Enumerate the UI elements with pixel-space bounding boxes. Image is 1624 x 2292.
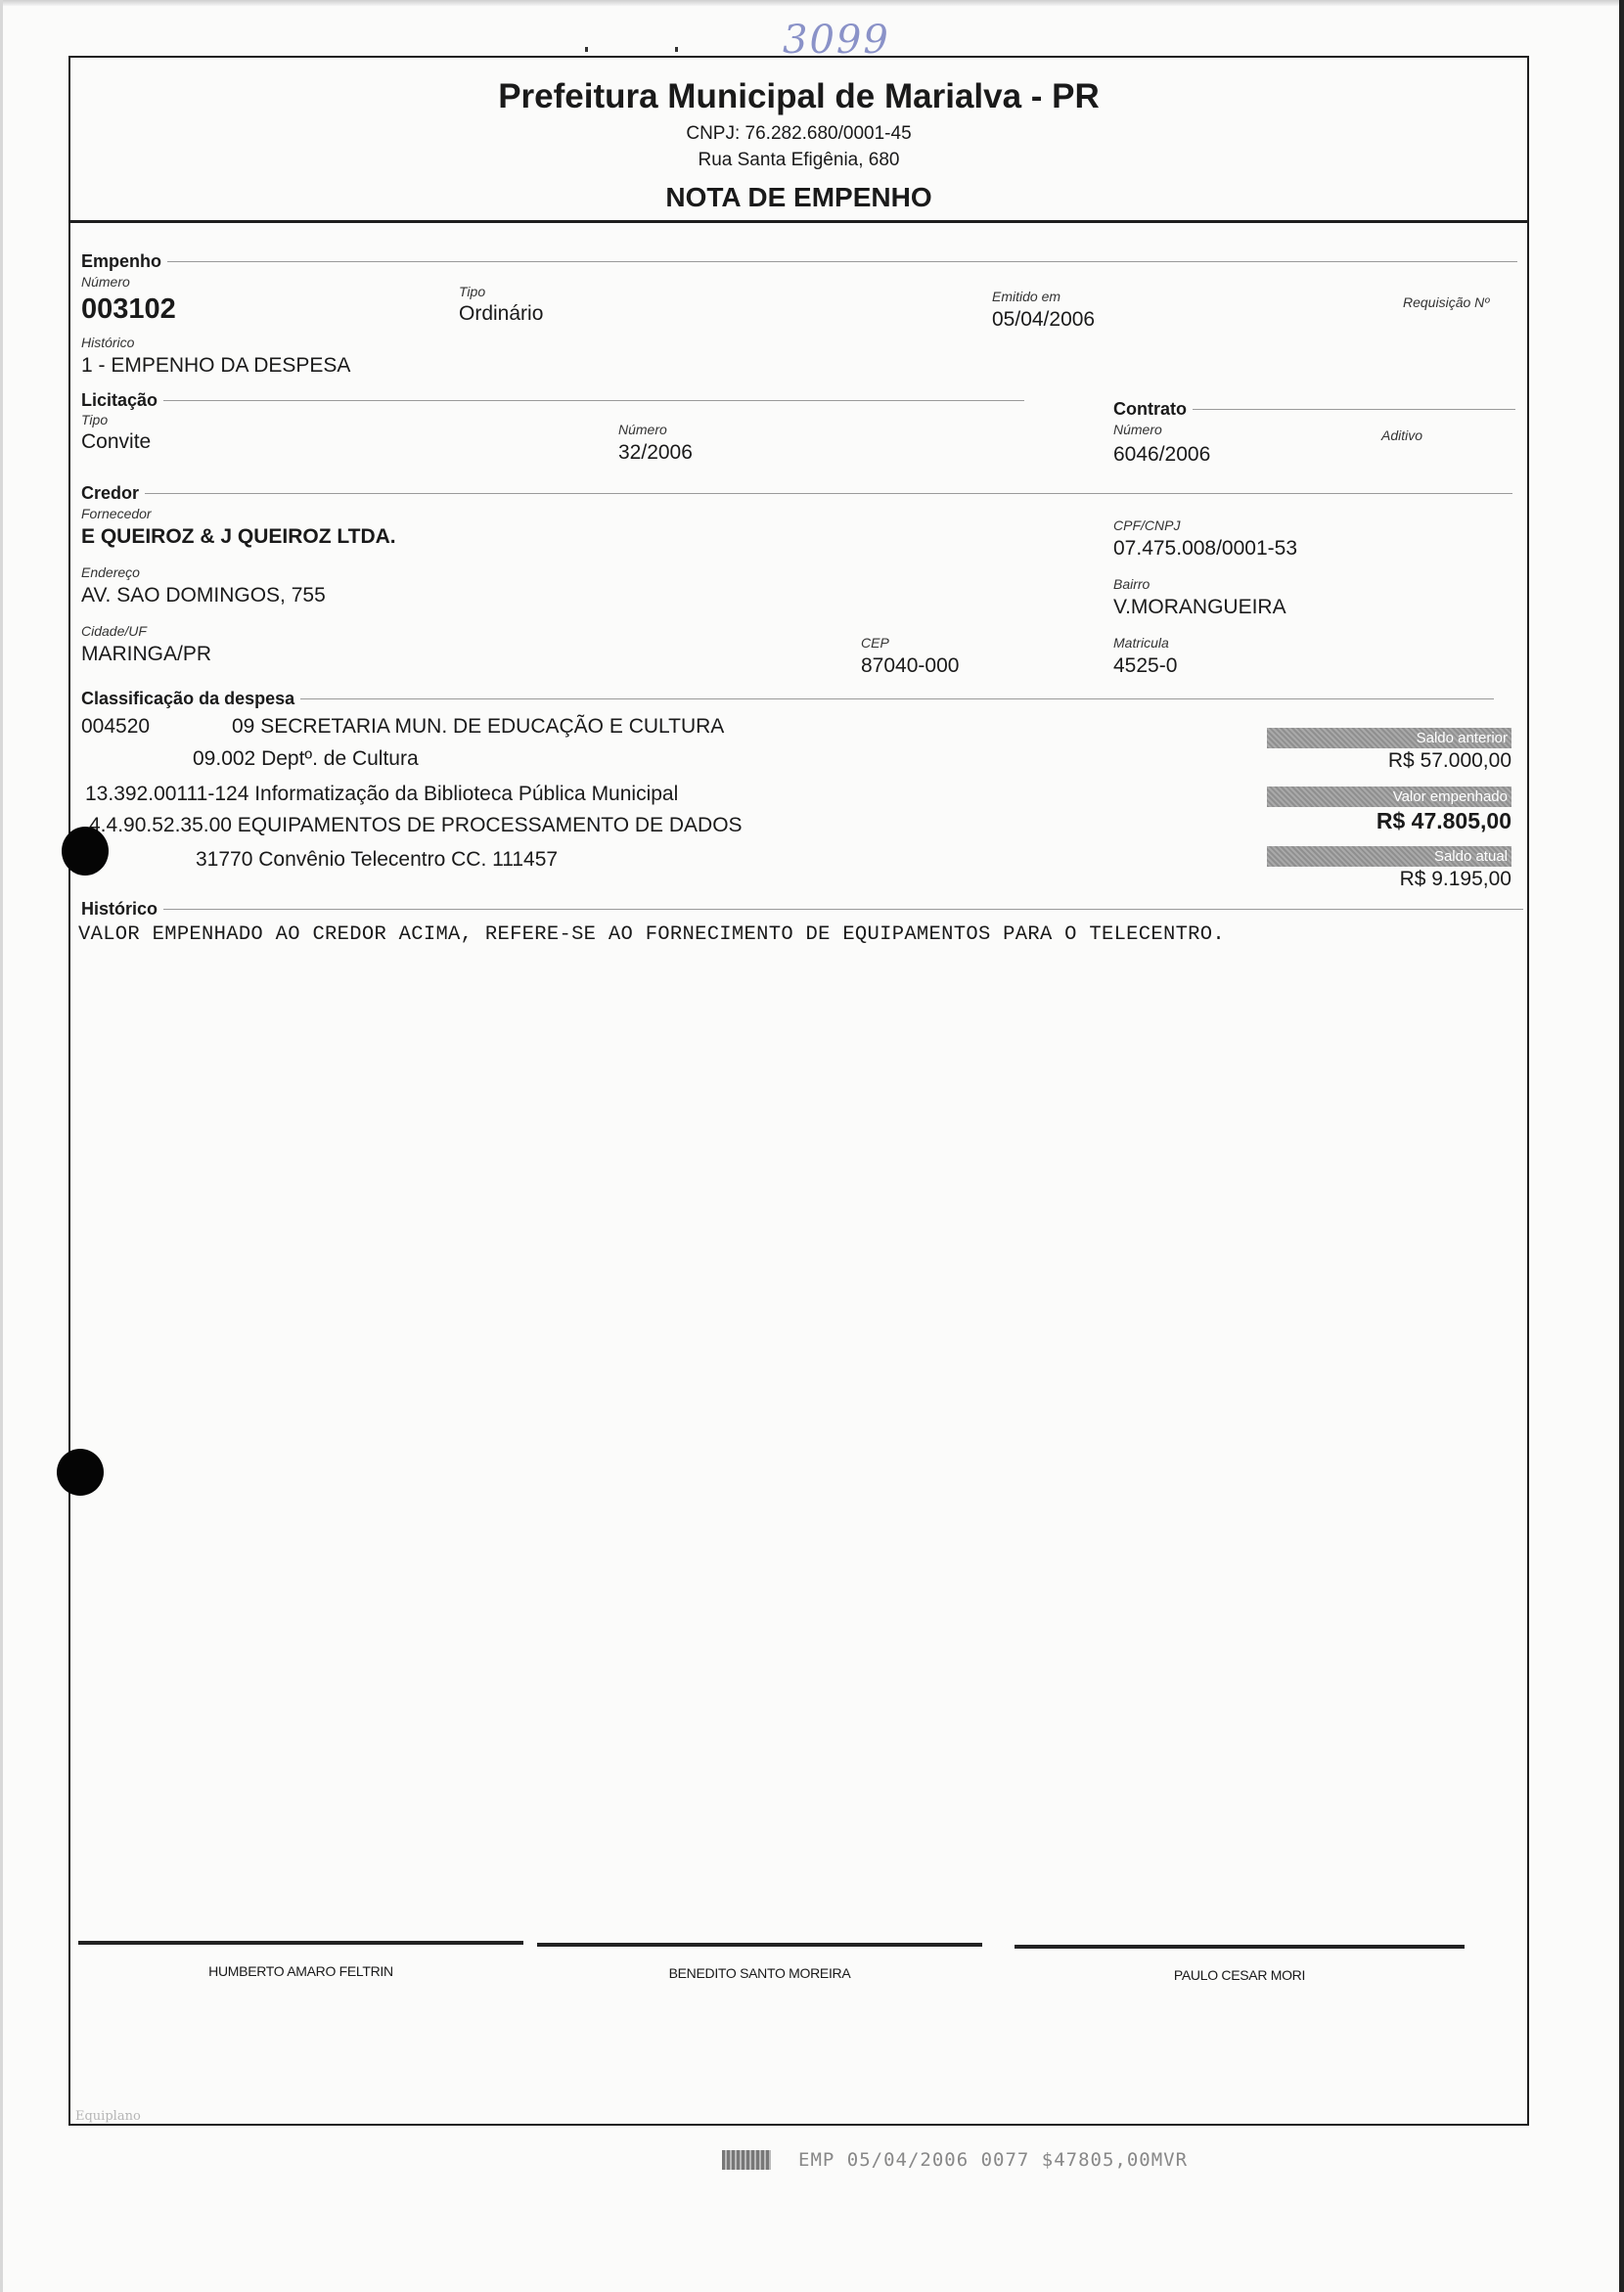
historico-text: VALOR EMPENHADO AO CREDOR ACIMA, REFERE-…: [78, 923, 1225, 946]
cidade-label: Cidade/UF: [81, 623, 147, 639]
fornecedor-label: Fornecedor: [81, 506, 152, 521]
empenho-tipo: Ordinário: [459, 302, 543, 326]
empenho-numero-label: Número: [81, 274, 130, 290]
section-historico: Histórico: [81, 899, 1523, 920]
section-title: Histórico: [81, 899, 158, 920]
endereco: AV. SAO DOMINGOS, 755: [81, 584, 326, 607]
signatory-name: HUMBERTO AMARO FELTRIN: [78, 1963, 523, 1979]
licitacao-numero: 32/2006: [618, 441, 693, 465]
valor-empenhado-label: Valor empenhado: [1267, 786, 1511, 807]
section-title: Licitação: [81, 390, 158, 411]
scan-mark: [675, 47, 678, 52]
scan-edge-right: [1619, 0, 1624, 2292]
section-rule: [163, 909, 1523, 910]
classificacao-unidade: 09.002 Deptº. de Cultura: [193, 747, 419, 771]
section-rule: [167, 261, 1517, 262]
saldo-anterior: R$ 57.000,00: [1267, 749, 1511, 773]
licitacao-tipo-label: Tipo: [81, 412, 108, 427]
section-rule: [163, 400, 1024, 401]
section-rule: [145, 493, 1512, 494]
signature-line: [78, 1941, 523, 1945]
valor-empenhado: R$ 47.805,00: [1267, 808, 1511, 834]
section-licitacao: Licitação: [81, 390, 1024, 411]
matricula: 4525-0: [1113, 654, 1177, 678]
contrato-numero-label: Número: [1113, 422, 1162, 437]
section-title: Credor: [81, 483, 139, 504]
requisicao-label: Requisição Nº: [1403, 294, 1489, 310]
classificacao-elemento: 4.4.90.52.35.00 EQUIPAMENTOS DE PROCESSA…: [89, 814, 743, 837]
classificacao-projeto: 13.392.00111-124 Informatização da Bibli…: [85, 783, 678, 806]
section-classificacao: Classificação da despesa: [81, 689, 1494, 709]
empenho-historico-label: Histórico: [81, 335, 134, 350]
empenho-numero: 003102: [81, 293, 176, 326]
document-frame: Prefeitura Municipal de Marialva - PR CN…: [68, 56, 1529, 2126]
section-contrato: Contrato: [1113, 399, 1515, 420]
cpf-cnpj-label: CPF/CNPJ: [1113, 517, 1180, 533]
punch-hole: [57, 1449, 104, 1496]
section-rule: [1193, 409, 1515, 410]
software-brand: Equiplano: [75, 2109, 141, 2124]
stamp-logo-icon: [722, 2150, 771, 2170]
scan-mark: [585, 47, 588, 52]
classificacao-orgao: 09 SECRETARIA MUN. DE EDUCAÇÃO E CULTURA: [232, 715, 724, 739]
saldo-anterior-label: Saldo anterior: [1267, 728, 1511, 748]
classificacao-recurso: 31770 Convênio Telecentro CC. 111457: [196, 848, 558, 872]
section-title: Empenho: [81, 251, 161, 272]
org-title: Prefeitura Municipal de Marialva - PR: [70, 77, 1527, 116]
org-cnpj: CNPJ: 76.282.680/0001-45: [70, 123, 1527, 145]
fornecedor-name: E QUEIROZ & J QUEIROZ LTDA.: [81, 525, 396, 549]
contrato-numero: 6046/2006: [1113, 443, 1210, 467]
bairro: V.MORANGUEIRA: [1113, 596, 1286, 619]
section-title: Contrato: [1113, 399, 1187, 420]
signatory-name: PAULO CESAR MORI: [1015, 1967, 1465, 1983]
cidade: MARINGA/PR: [81, 643, 211, 666]
scan-edge-left: [0, 0, 3, 2292]
section-title: Classificação da despesa: [81, 689, 294, 709]
header-divider: [70, 220, 1527, 223]
section-empenho: Empenho: [81, 251, 1517, 272]
document-title: NOTA DE EMPENHO: [70, 182, 1527, 213]
signature-line: [1015, 1945, 1465, 1949]
emitido-label: Emitido em: [992, 289, 1060, 304]
emitido-date: 05/04/2006: [992, 308, 1095, 332]
cep-label: CEP: [861, 635, 889, 651]
org-address: Rua Santa Efigênia, 680: [70, 150, 1527, 171]
stamp-text: EMP 05/04/2006 0077 $47805,00MVR: [798, 2149, 1188, 2171]
matricula-label: Matricula: [1113, 635, 1169, 651]
section-rule: [300, 698, 1494, 699]
signature-line: [537, 1943, 982, 1947]
saldo-atual: R$ 9.195,00: [1267, 868, 1511, 891]
punch-hole: [62, 827, 109, 876]
scan-edge-top: [0, 0, 1624, 6]
cpf-cnpj: 07.475.008/0001-53: [1113, 537, 1297, 561]
contrato-aditivo-label: Aditivo: [1381, 427, 1422, 443]
endereco-label: Endereço: [81, 564, 140, 580]
signatory-name: BENEDITO SANTO MOREIRA: [537, 1965, 982, 1981]
bairro-label: Bairro: [1113, 576, 1150, 592]
saldo-atual-label: Saldo atual: [1267, 846, 1511, 867]
section-credor: Credor: [81, 483, 1512, 504]
cep: 87040-000: [861, 654, 959, 678]
licitacao-numero-label: Número: [618, 422, 667, 437]
authentication-stamp: EMP 05/04/2006 0077 $47805,00MVR: [722, 2149, 1188, 2171]
empenho-historico: 1 - EMPENHO DA DESPESA: [81, 354, 350, 378]
licitacao-tipo: Convite: [81, 430, 151, 454]
empenho-tipo-label: Tipo: [459, 284, 485, 299]
classificacao-codigo: 004520: [81, 715, 150, 739]
